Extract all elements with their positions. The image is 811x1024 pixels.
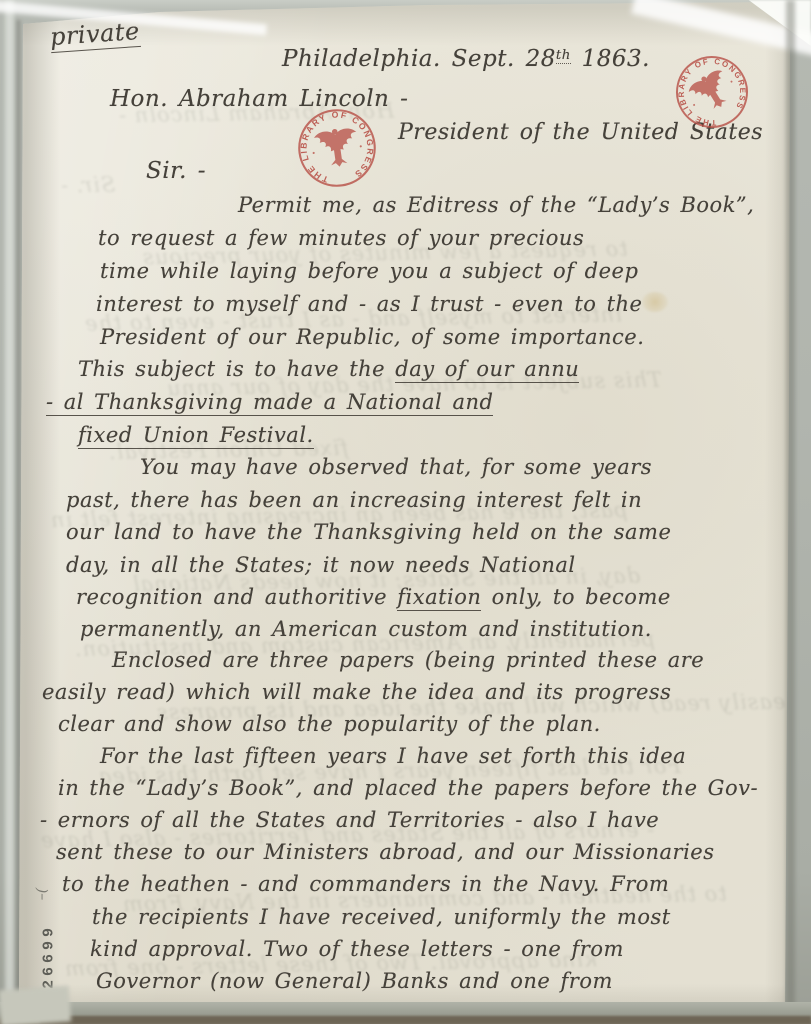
- handwriting-segment: For the last fifteen years I have set fo…: [100, 744, 686, 768]
- handwriting-segment: permanently, an American custom and inst…: [80, 617, 652, 641]
- handwriting-segment: Governor (now General) Banks and one fro…: [96, 969, 613, 993]
- body-line: easily read) which will make the idea an…: [42, 680, 671, 704]
- body-line: our land to have the Thanksgiving held o…: [66, 520, 671, 544]
- body-line: past, there has been an increasing inter…: [66, 488, 642, 512]
- handwriting-layer: privatePhiladelphia. Sept. 28th 1863.Hon…: [0, 0, 811, 1024]
- body-line: permanently, an American custom and inst…: [80, 617, 652, 641]
- handwriting-segment: day, in all the States; it now needs Nat…: [66, 553, 576, 577]
- eagle-icon: [310, 126, 365, 171]
- handwriting-segment: day of our annu: [395, 357, 579, 383]
- handwriting-segment: in the “Lady’s Book”, and placed the pap…: [58, 776, 758, 800]
- body-line: day, in all the States; it now needs Nat…: [66, 553, 576, 577]
- body-line: Governor (now General) Banks and one fro…: [96, 969, 613, 993]
- body-line: President of our Republic, of some impor…: [100, 325, 644, 349]
- margin-pencil-tick: –(: [34, 888, 50, 900]
- body-line: Enclosed are three papers (being printed…: [112, 648, 704, 672]
- sleeve-bottom-left-fold: [0, 986, 71, 1024]
- handwriting-segment: Sir. -: [146, 158, 206, 184]
- body-line: kind approval. Two of these letters - on…: [90, 937, 624, 961]
- handwriting-segment: interest to myself and - as I trust - ev…: [96, 292, 642, 316]
- handwriting-segment: easily read) which will make the idea an…: [42, 680, 671, 704]
- handwriting-segment: sent these to our Ministers abroad, and …: [56, 840, 715, 864]
- body-line: recognition and authoritive fixation onl…: [76, 585, 671, 609]
- body-line: Permit me, as Editress of the “Lady’s Bo…: [238, 193, 754, 217]
- body-line: You may have observed that, for some yea…: [140, 455, 652, 479]
- paper-right-edge-shadow: [786, 0, 795, 1010]
- body-line: time while laying before you a subject o…: [100, 259, 638, 283]
- handwriting-segment: - al Thanksgiving made a National and: [46, 390, 493, 416]
- body-line: to the heathen - and commanders in the N…: [62, 872, 669, 896]
- body-line: interest to myself and - as I trust - ev…: [96, 292, 642, 316]
- handwriting-segment: th: [556, 48, 571, 64]
- body-line: clear and show also the popularity of th…: [58, 712, 601, 736]
- handwriting-segment: only, to become: [481, 585, 670, 609]
- handwriting-segment: - ernors of all the States and Territori…: [40, 808, 659, 832]
- body-line: to request a few minutes of your preciou…: [98, 226, 584, 250]
- handwriting-segment: recognition and authoritive: [76, 585, 397, 609]
- handwriting-segment: Philadelphia. Sept. 28: [282, 46, 556, 72]
- scan-bottom-shadow: [40, 1016, 811, 1024]
- body-line: fixed Union Festival.: [78, 423, 314, 447]
- handwriting-segment: to the heathen - and commanders in the N…: [62, 872, 669, 896]
- handwriting-segment: time while laying before you a subject o…: [100, 259, 638, 283]
- handwriting-segment: fixed Union Festival.: [78, 423, 314, 449]
- handwriting-segment: You may have observed that, for some yea…: [140, 455, 652, 479]
- body-line: the recipients I have received, uniforml…: [92, 905, 671, 929]
- handwriting-segment: This subject is to have the: [78, 357, 395, 381]
- handwriting-segment: Permit me, as Editress of the “Lady’s Bo…: [238, 193, 754, 217]
- handwriting-segment: clear and show also the popularity of th…: [58, 712, 601, 736]
- handwriting-segment: to request a few minutes of your preciou…: [98, 226, 584, 250]
- handwriting-segment: President of our Republic, of some impor…: [100, 325, 644, 349]
- scanned-letter-page: { "page": { "kind": "handwritten letter …: [0, 0, 811, 1024]
- handwriting-segment: 1863.: [571, 46, 650, 72]
- handwriting-segment: kind approval. Two of these letters - on…: [90, 937, 624, 961]
- body-line: sent these to our Ministers abroad, and …: [56, 840, 715, 864]
- body-line: - ernors of all the States and Territori…: [40, 808, 659, 832]
- handwriting-segment: Enclosed are three papers (being printed…: [112, 648, 704, 672]
- stamp-graphic: THE LIBRARY OF CONGRESS: [291, 102, 384, 195]
- body-line: This subject is to have the day of our a…: [78, 357, 579, 381]
- body-line: - al Thanksgiving made a National and: [46, 390, 493, 414]
- handwriting-segment: past, there has been an increasing inter…: [66, 488, 642, 512]
- body-line: in the “Lady’s Book”, and placed the pap…: [58, 776, 758, 800]
- salutation: Sir. -: [146, 158, 206, 184]
- handwriting-segment: the recipients I have received, uniforml…: [92, 905, 671, 929]
- dateline: Philadelphia. Sept. 28th 1863.: [282, 46, 650, 72]
- body-line: For the last fifteen years I have set fo…: [100, 744, 686, 768]
- handwriting-segment: our land to have the Thanksgiving held o…: [66, 520, 671, 544]
- library-of-congress-stamp-left: THE LIBRARY OF CONGRESS: [291, 102, 384, 195]
- handwriting-segment: fixation: [397, 585, 481, 611]
